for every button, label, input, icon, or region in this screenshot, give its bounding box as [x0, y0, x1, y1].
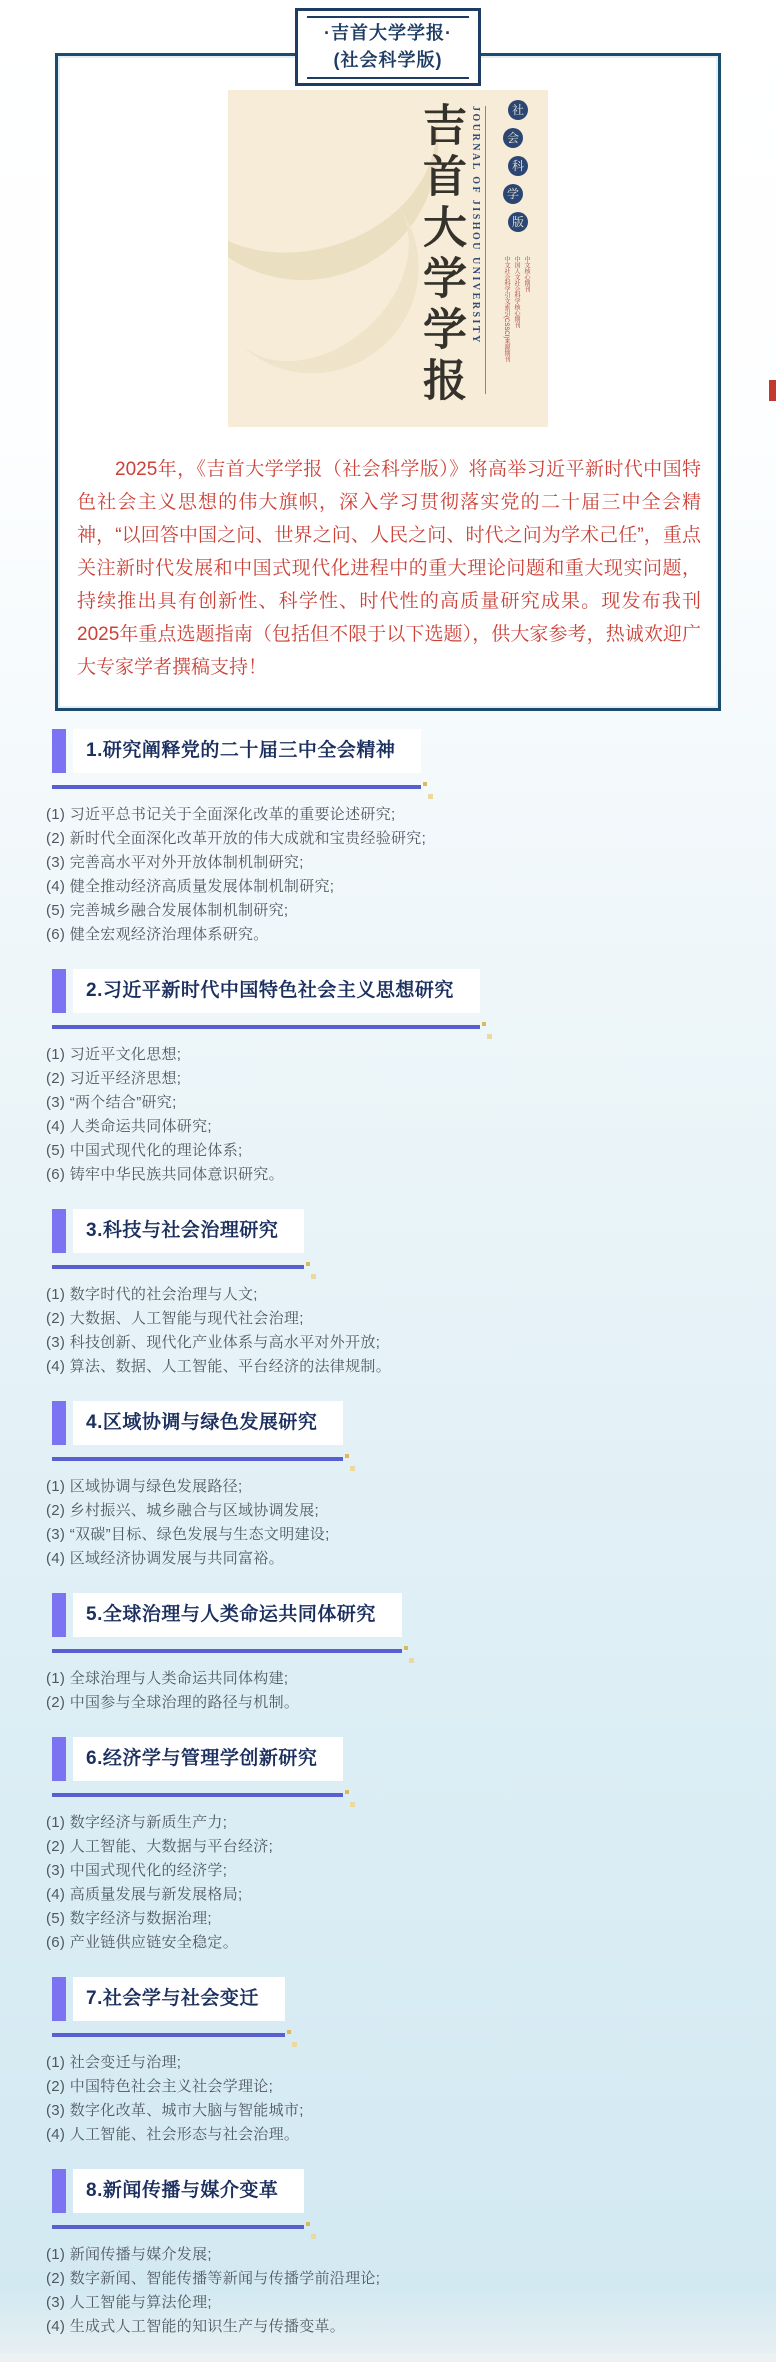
section-header: 5.全球治理与人类命运共同体研究: [52, 1593, 402, 1653]
section-accent-bar: [52, 1593, 66, 1637]
topic-item: (2) 新时代全面深化改革开放的伟大成就和宝贵经验研究;: [46, 827, 736, 851]
topic-item: (6) 铸牢中华民族共同体意识研究。: [46, 1163, 736, 1187]
section-accent-bar: [52, 2169, 66, 2213]
topic-item: (2) 中国参与全球治理的路径与机制。: [46, 1691, 736, 1715]
topic-list: (1) 全球治理与人类命运共同体构建;(2) 中国参与全球治理的路径与机制。: [46, 1667, 736, 1715]
cover-calligraphy-title: 吉首大学学报: [418, 102, 462, 424]
section-title: 7.社会学与社会变迁: [73, 1977, 285, 2021]
topic-item: (3) 数字化改革、城市大脑与智能城市;: [46, 2099, 736, 2123]
topic-item: (4) 生成式人工智能的知识生产与传播变革。: [46, 2315, 736, 2339]
accolade-line: 中文核心期刊: [522, 256, 530, 408]
journal-cover: 吉首大学学报 JOURNAL OF JISHOU UNIVERSITY 社会科学…: [228, 90, 548, 427]
topic-list: (1) 习近平文化思想;(2) 习近平经济思想;(3) “两个结合”研究;(4)…: [46, 1043, 736, 1187]
topic-item: (4) 算法、数据、人工智能、平台经济的法律规制。: [46, 1355, 736, 1379]
topic-item: (1) 数字时代的社会治理与人文;: [46, 1283, 736, 1307]
section-header: 2.习近平新时代中国特色社会主义思想研究: [52, 969, 480, 1029]
edition-badge: 版: [508, 212, 528, 232]
topic-item: (6) 产业链供应链安全稳定。: [46, 1931, 736, 1955]
section-underline: [52, 2225, 304, 2229]
accolade-line: 中国人文社会科学核心期刊: [512, 256, 520, 408]
topic-item: (1) 全球治理与人类命运共同体构建;: [46, 1667, 736, 1691]
section: 2.习近平新时代中国特色社会主义思想研究 (1) 习近平文化思想;(2) 习近平…: [46, 969, 736, 1187]
topic-item: (1) 社会变迁与治理;: [46, 2051, 736, 2075]
section-underline: [52, 1025, 480, 1029]
badge-bottom-rule: [307, 77, 469, 79]
section-accent-bar: [52, 729, 66, 773]
intro-paragraph: 2025年，《吉首大学学报（社会科学版）》将高举习近平新时代中国特色社会主义思想…: [77, 453, 701, 684]
section-underline: [52, 1649, 402, 1653]
topic-item: (3) “双碳”目标、绿色发展与生态文明建设;: [46, 1523, 736, 1547]
section-header: 8.新闻传播与媒介变革: [52, 2169, 304, 2229]
section-title: 6.经济学与管理学创新研究: [73, 1737, 343, 1781]
topic-item: (1) 新闻传播与媒介发展;: [46, 2243, 736, 2267]
section: 6.经济学与管理学创新研究 (1) 数字经济与新质生产力;(2) 人工智能、大数…: [46, 1737, 736, 1955]
bottom-strip: [0, 2353, 776, 2362]
topic-item: (3) 中国式现代化的经济学;: [46, 1859, 736, 1883]
edition-badge: 会: [503, 128, 523, 148]
topic-item: (2) 习近平经济思想;: [46, 1067, 736, 1091]
section-title: 1.研究阐释党的二十届三中全会精神: [73, 729, 421, 773]
topic-item: (2) 乡村振兴、城乡融合与区域协调发展;: [46, 1499, 736, 1523]
topic-item: (6) 健全宏观经济治理体系研究。: [46, 923, 736, 947]
section-title: 3.科技与社会治理研究: [73, 1209, 304, 1253]
section: 5.全球治理与人类命运共同体研究 (1) 全球治理与人类命运共同体构建;(2) …: [46, 1593, 736, 1715]
topic-item: (2) 中国特色社会主义社会学理论;: [46, 2075, 736, 2099]
topic-item: (1) 数字经济与新质生产力;: [46, 1811, 736, 1835]
section-title: 4.区域协调与绿色发展研究: [73, 1401, 343, 1445]
topic-list: (1) 新闻传播与媒介发展;(2) 数字新闻、智能传播等新闻与传播学前沿理论;(…: [46, 2243, 736, 2339]
topic-item: (4) 健全推动经济高质量发展体制机制研究;: [46, 875, 736, 899]
topic-list: (1) 社会变迁与治理;(2) 中国特色社会主义社会学理论;(3) 数字化改革、…: [46, 2051, 736, 2147]
topic-item: (3) 人工智能与算法伦理;: [46, 2291, 736, 2315]
topic-item: (1) 习近平文化思想;: [46, 1043, 736, 1067]
edition-badge: 社: [508, 100, 528, 120]
topic-item: (2) 人工智能、大数据与平台经济;: [46, 1835, 736, 1859]
topic-list: (1) 区域协调与绿色发展路径;(2) 乡村振兴、城乡融合与区域协调发展;(3)…: [46, 1475, 736, 1571]
section-underline: [52, 1457, 343, 1461]
topic-item: (4) 人工智能、社会形态与社会治理。: [46, 2123, 736, 2147]
section-title: 2.习近平新时代中国特色社会主义思想研究: [73, 969, 480, 1013]
sections: 1.研究阐释党的二十届三中全会精神 (1) 习近平总书记关于全面深化改革的重要论…: [0, 711, 776, 2353]
section-accent-bar: [52, 1209, 66, 1253]
section-header: 4.区域协调与绿色发展研究: [52, 1401, 343, 1461]
topic-item: (4) 人类命运共同体研究;: [46, 1115, 736, 1139]
topic-list: (1) 数字经济与新质生产力;(2) 人工智能、大数据与平台经济;(3) 中国式…: [46, 1811, 736, 1955]
section-accent-bar: [52, 969, 66, 1013]
section-title: 8.新闻传播与媒介变革: [73, 2169, 304, 2213]
header-badge: ·吉首大学学报· (社会科学版): [295, 8, 481, 86]
section-header: 7.社会学与社会变迁: [52, 1977, 285, 2037]
section-accent-bar: [52, 1737, 66, 1781]
topic-item: (4) 高质量发展与新发展格局;: [46, 1883, 736, 1907]
leaf-watermark-icon: [228, 90, 548, 427]
topic-item: (3) “两个结合”研究;: [46, 1091, 736, 1115]
page: { "header_badge": { "line1": "·吉首大学学报·",…: [0, 0, 776, 2362]
cover-edition-badges: 社会科学版: [508, 100, 528, 232]
topic-item: (2) 数字新闻、智能传播等新闻与传播学前沿理论;: [46, 2267, 736, 2291]
topic-list: (1) 习近平总书记关于全面深化改革的重要论述研究;(2) 新时代全面深化改革开…: [46, 803, 736, 947]
topic-item: (2) 大数据、人工智能与现代社会治理;: [46, 1307, 736, 1331]
badge-top-rule: [307, 16, 469, 18]
section-underline: [52, 1793, 343, 1797]
section-underline: [52, 785, 421, 789]
badge-edition-name: (社会科学版): [298, 47, 478, 74]
accolade-line: 中文社会科学引文索引(CSSCI)来源期刊: [502, 256, 510, 408]
section: 4.区域协调与绿色发展研究 (1) 区域协调与绿色发展路径;(2) 乡村振兴、城…: [46, 1401, 736, 1571]
edition-badge: 科: [508, 156, 528, 176]
topic-item: (5) 中国式现代化的理论体系;: [46, 1139, 736, 1163]
section-title: 5.全球治理与人类命运共同体研究: [73, 1593, 402, 1637]
section-underline: [52, 2033, 285, 2037]
section-underline: [52, 1265, 304, 1269]
topic-item: (5) 数字经济与数据治理;: [46, 1907, 736, 1931]
topic-item: (3) 完善高水平对外开放体制机制研究;: [46, 851, 736, 875]
topic-list: (1) 数字时代的社会治理与人文;(2) 大数据、人工智能与现代社会治理;(3)…: [46, 1283, 736, 1379]
section: 1.研究阐释党的二十届三中全会精神 (1) 习近平总书记关于全面深化改革的重要论…: [46, 729, 736, 947]
journal-card: 吉首大学学报 JOURNAL OF JISHOU UNIVERSITY 社会科学…: [55, 53, 721, 711]
edition-badge: 学: [503, 184, 523, 204]
section: 8.新闻传播与媒介变革 (1) 新闻传播与媒介发展;(2) 数字新闻、智能传播等…: [46, 2169, 736, 2339]
section-header: 1.研究阐释党的二十届三中全会精神: [52, 729, 421, 789]
section: 3.科技与社会治理研究 (1) 数字时代的社会治理与人文;(2) 大数据、人工智…: [46, 1209, 736, 1379]
topic-item: (1) 习近平总书记关于全面深化改革的重要论述研究;: [46, 803, 736, 827]
section-header: 6.经济学与管理学创新研究: [52, 1737, 343, 1797]
badge-journal-name: ·吉首大学学报·: [298, 20, 478, 47]
section-header: 3.科技与社会治理研究: [52, 1209, 304, 1269]
section-accent-bar: [52, 1977, 66, 2021]
cover-journal-name-en: JOURNAL OF JISHOU UNIVERSITY: [470, 106, 486, 394]
topic-item: (1) 区域协调与绿色发展路径;: [46, 1475, 736, 1499]
section: 7.社会学与社会变迁 (1) 社会变迁与治理;(2) 中国特色社会主义社会学理论…: [46, 1977, 736, 2147]
right-edge-marker: [769, 380, 776, 401]
topic-item: (4) 区域经济协调发展与共同富裕。: [46, 1547, 736, 1571]
cover-accolades: 中文核心期刊中国人文社会科学核心期刊中文社会科学引文索引(CSSCI)来源期刊: [502, 256, 530, 408]
topic-item: (3) 科技创新、现代化产业体系与高水平对外开放;: [46, 1331, 736, 1355]
section-accent-bar: [52, 1401, 66, 1445]
topic-item: (5) 完善城乡融合发展体制机制研究;: [46, 899, 736, 923]
